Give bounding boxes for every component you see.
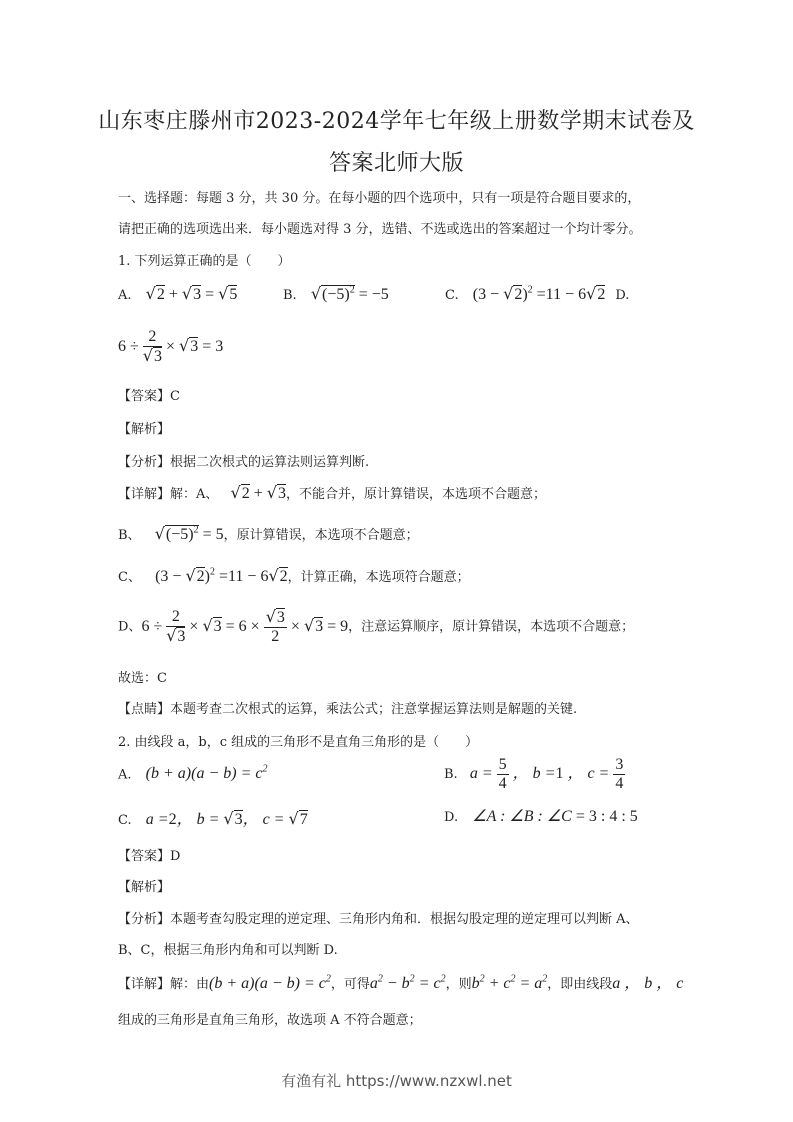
option-label: A. <box>118 767 132 782</box>
answer-tag: 【答案】 <box>118 389 170 404</box>
q1-stem: 1. 下列运算正确的是（ ） <box>118 250 291 269</box>
xiangjie-text: ，计算正确，本选项符合题意； <box>288 570 470 585</box>
q2-option-c: C. a =2， b = √3， c = √7 <box>118 806 308 829</box>
q1-analysis-tag: 【解析】 <box>118 418 170 437</box>
xiangjie-prefix: 解：A、 <box>170 487 218 502</box>
xiangjie-text: ，不能合并，原计算错误，本选项不合题意； <box>286 487 546 502</box>
xiangjie-prefix: B、 <box>118 528 141 543</box>
footer-watermark: 有渔有礼 https://www.nzxwl.net <box>0 1070 793 1091</box>
q2-stem: 2. 由线段 a，b，c 组成的三角形不是直角三角形的是（ ） <box>118 731 478 750</box>
q2-analysis-tag: 【解析】 <box>118 876 170 895</box>
answer-tag: 【答案】 <box>118 849 170 864</box>
q2-option-a: A. (b + a)(a − b) = c2 <box>118 764 267 783</box>
q2-fenxi-line2: B、C，根据三角形内角和可以判断 D. <box>118 939 338 958</box>
math-expression: √2 + √3 = √5 <box>146 286 238 303</box>
math-expression: √2 + √3 <box>231 485 286 502</box>
math-expression: a2 − b2 = c2 <box>370 975 446 992</box>
xiangjie-text: 解：由 <box>170 977 209 992</box>
math-expression: b2 + c2 = a2 <box>472 975 548 992</box>
section-intro-line2: 请把正确的选项选出来．每小题选对得 3 分，选错、不选或选出的答案超过一个均计零… <box>118 218 642 237</box>
q1-option-d: 6 ÷ 2√3 × √3 = 3 <box>118 328 223 366</box>
q1-xiangjie-a: 【详解】解：A、 √2 + √3，不能合并，原计算错误，本选项不合题意； <box>118 483 546 503</box>
option-label: D. <box>615 288 629 303</box>
math-expression: (3 − √2)2 =11 − 6√2 <box>155 568 288 585</box>
dianjing-tag: 【点睛】 <box>118 702 170 717</box>
fenxi-text: 根据二次根式的运算法则运算判断. <box>170 455 369 470</box>
option-label: D. <box>444 810 458 825</box>
document-title-line2: 答案北师大版 <box>0 146 793 177</box>
option-label: B. <box>444 767 458 782</box>
xiangjie-text: ，原计算错误，本选项不合题意； <box>224 528 419 543</box>
q1-xiangjie-d: D、6 ÷ 2√3 × √3 = 6 × √32 × √3 = 9，注意运算顺序… <box>118 608 634 646</box>
xiangjie-prefix: C、 <box>118 570 141 585</box>
q2-option-b: B. a = 54 ， b =1 ， c = 34 <box>444 756 625 793</box>
xiangjie-tag: 【详解】 <box>118 977 170 992</box>
q1-xiangjie-c: C、 (3 − √2)2 =11 − 6√2，计算正确，本选项符合题意； <box>118 566 470 586</box>
xiangjie-text: ，则 <box>446 977 472 992</box>
math-expression: a =2， b = √3， c = √7 <box>146 811 308 828</box>
q2-option-d: D. ∠A : ∠B : ∠C = 3 : 4 : 5 <box>444 806 638 826</box>
xiangjie-text: ，注意运算顺序，原计算错误，本选项不合题意； <box>348 620 634 635</box>
math-expression: ∠A : ∠B : ∠C = 3 : 4 : 5 <box>472 808 638 825</box>
option-label: C. <box>118 813 132 828</box>
math-expression: (b + a)(a − b) = c2 <box>146 765 268 782</box>
q1-fenxi: 【分析】根据二次根式的运算法则运算判断. <box>118 451 369 470</box>
section-intro-line1: 一、选择题：每题 3 分，共 30 分。在每小题的四个选项中，只有一项是符合题目… <box>118 187 640 206</box>
math-expression: 6 ÷ 2√3 × √3 = 6 × √32 × √3 = 9 <box>141 618 348 635</box>
option-label: C. <box>445 288 459 303</box>
math-expression: 6 ÷ 2√3 × √3 = 3 <box>118 338 223 355</box>
q1-dianjing: 【点睛】本题考查二次根式的运算，乘法公式；注意掌握运算法则是解题的关键. <box>118 698 577 717</box>
q1-option-c: C. (3 − √2)2 =11 − 6√2 D. <box>445 284 629 304</box>
math-expression: (b + a)(a − b) = c2 <box>209 975 331 992</box>
fenxi-text: 本题考查勾股定理的逆定理、三角形内角和．根据勾股定理的逆定理可以判断 A、 <box>170 912 639 927</box>
math-expression: √(−5)2 = −5 <box>311 286 389 303</box>
fenxi-tag: 【分析】 <box>118 455 170 470</box>
q2-xiangjie: 【详解】解：由(b + a)(a − b) = c2，可得a2 − b2 = c… <box>118 970 683 993</box>
q1-answer: 【答案】C <box>118 385 180 404</box>
dianjing-text: 本题考查二次根式的运算，乘法公式；注意掌握运算法则是解题的关键. <box>170 702 577 717</box>
xiangjie-prefix: D、 <box>118 620 141 635</box>
q2-xiangjie-line2: 组成的三角形是直角三角形，故选项 A 不符合题意； <box>118 1009 422 1028</box>
q1-conclusion: 故选：C <box>118 667 167 686</box>
q1-option-a: A. √2 + √3 = √5 <box>118 284 237 304</box>
fenxi-tag: 【分析】 <box>118 912 170 927</box>
xiangjie-text: ，即由线段 <box>547 977 612 992</box>
math-expression: a = 54 ， b =1 ， c = 34 <box>470 765 626 782</box>
answer-value: C <box>170 389 180 404</box>
option-label: A. <box>118 288 132 303</box>
q1-option-b: B. √(−5)2 = −5 <box>283 284 389 304</box>
answer-value: D <box>170 849 180 864</box>
q2-fenxi-line1: 【分析】本题考查勾股定理的逆定理、三角形内角和．根据勾股定理的逆定理可以判断 A… <box>118 908 639 927</box>
xiangjie-tag: 【详解】 <box>118 487 170 502</box>
math-expression: (3 − √2)2 =11 − 6√2 <box>473 286 610 303</box>
xiangjie-text: ，可得 <box>331 977 370 992</box>
q2-answer: 【答案】D <box>118 845 180 864</box>
math-expression: a ， b ， c <box>612 975 683 992</box>
math-expression: √(−5)2 = 5 <box>155 526 224 543</box>
option-label: B. <box>283 288 297 303</box>
document-title-line1: 山东枣庄滕州市2023-2024学年七年级上册数学期末试卷及 <box>0 104 793 135</box>
q1-xiangjie-b: B、 √(−5)2 = 5，原计算错误，本选项不合题意； <box>118 524 419 544</box>
